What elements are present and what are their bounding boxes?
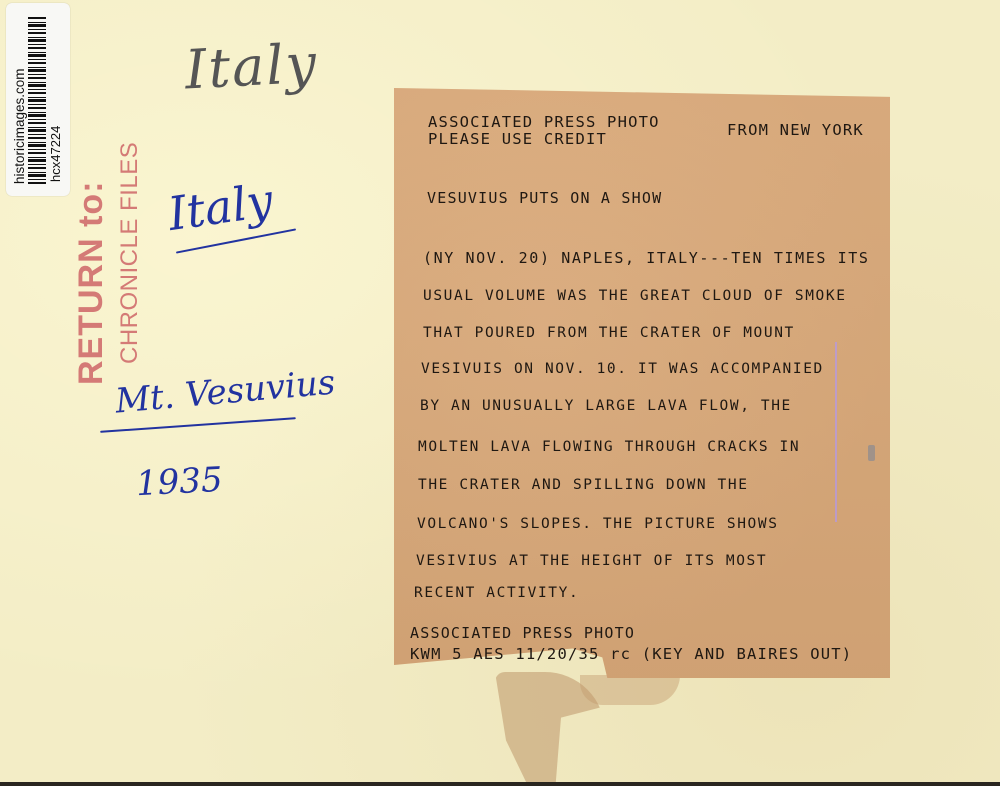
label-code-text: hcx47224 — [48, 125, 63, 181]
label-site-text: historicimages.com — [12, 68, 27, 184]
ink-mark-line — [835, 342, 837, 522]
scan-bottom-edge — [0, 782, 1000, 786]
stamp-return-to: RETURN to: — [72, 180, 111, 385]
handwritten-subject: Mt. Vesuvius — [114, 362, 337, 421]
slip-body-line: RECENT ACTIVITY. — [414, 585, 579, 601]
handwritten-country: Italy — [165, 173, 276, 241]
pencil-note: Italy — [183, 32, 319, 102]
slip-body-line: MOLTEN LAVA FLOWING THROUGH CRACKS IN — [418, 439, 800, 455]
slip-body-line: THE CRATER AND SPILLING DOWN THE — [418, 477, 749, 493]
stamp-chronicle-files: CHRONICLE FILES — [116, 142, 144, 364]
slip-body-line: VOLCANO'S SLOPES. THE PICTURE SHOWS — [417, 516, 779, 532]
slip-agency-line: ASSOCIATED PRESS PHOTO — [428, 113, 660, 131]
slip-body-line: (NY NOV. 20) NAPLES, ITALY---TEN TIMES I… — [423, 249, 870, 267]
glue-stain-secondary — [580, 675, 680, 705]
slip-footer-code: KWM 5 AES 11/20/35 rc (KEY AND BAIRES OU… — [410, 645, 852, 663]
pencil-smudge — [868, 445, 875, 461]
slip-body-line: THAT POURED FROM THE CRATER OF MOUNT — [423, 325, 795, 341]
slip-credit-line: PLEASE USE CREDIT — [428, 130, 607, 148]
barcode-label: historicimages.com hcx47224 — [6, 3, 70, 196]
slip-footer-agency: ASSOCIATED PRESS PHOTO — [410, 624, 635, 642]
slip-headline: VESUVIUS PUTS ON A SHOW — [427, 189, 662, 207]
handwritten-year: 1935 — [135, 460, 224, 504]
slip-origin: FROM NEW YORK — [727, 121, 864, 139]
slip-body-line: VESIVUIS ON NOV. 10. IT WAS ACCOMPANIED — [421, 361, 824, 377]
slip-body-line: USUAL VOLUME WAS THE GREAT CLOUD OF SMOK… — [423, 288, 847, 304]
slip-body-line: BY AN UNUSUALLY LARGE LAVA FLOW, THE — [420, 398, 792, 414]
slip-body-line: VESIVIUS AT THE HEIGHT OF ITS MOST — [416, 553, 767, 569]
barcode-graphic — [28, 16, 46, 184]
